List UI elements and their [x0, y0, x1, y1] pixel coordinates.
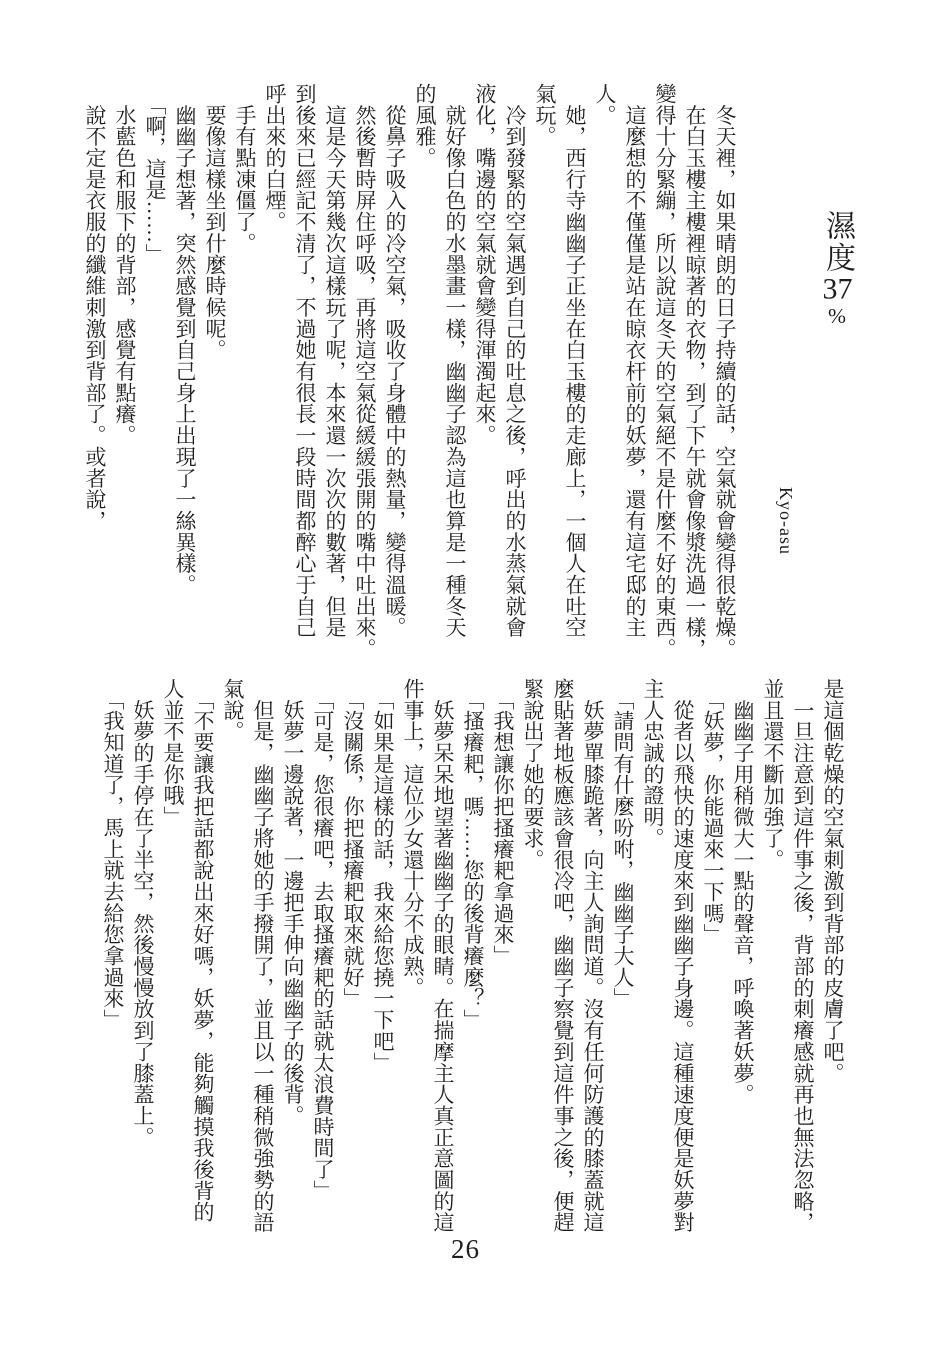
text-column: 麼貼著地板應該會很冷吧，幽幽子察覺到這件事之後，便趕	[548, 678, 578, 1244]
author-credit: Kyo-asu	[773, 487, 799, 555]
text-column: 人。	[590, 83, 620, 669]
text-column: 是這個乾燥的空氣刺激到背部的皮膚了吧。	[818, 678, 848, 1244]
text-column: 幽幽子用稍微大一點的聲音，呼喚著妖夢。	[728, 678, 758, 1244]
text-column: 這是今天第幾次這樣玩了呢，本來還一次次的數著，但是	[320, 83, 350, 669]
text-column: 要像這樣坐到什麼時候呢。	[200, 83, 230, 669]
text-column: 「可是，您很癢吧，去取搔癢耙的話就太浪費時間了」	[308, 678, 338, 1244]
text-column: 從者以飛快的速度來到幽幽子身邊。這種速度便是妖夢對	[668, 678, 698, 1244]
text-column: 妖夢呆呆地望著幽幽子的眼睛。在揣摩主人真正意圖的這	[428, 678, 458, 1244]
text-column: 液化，嘴邊的空氣就會變得渾濁起來。	[470, 83, 500, 669]
text-column: 冬天裡，如果晴朗的日子持續的話，空氣就會變得很乾燥。	[710, 83, 740, 669]
text-column: 「妖夢，你能過來一下嗎」	[698, 678, 728, 1244]
text-column: 手有點凍僵了。	[230, 83, 260, 669]
body-text-top-block: 冬天裡，如果晴朗的日子持續的話，空氣就會變得很乾燥。 在白玉樓主樓裡晾著的衣物，…	[80, 83, 740, 669]
body-text-bottom-block: 是這個乾燥的空氣刺激到背部的皮膚了吧。 一旦注意到這件事之後，背部的刺癢感就再也…	[98, 678, 848, 1244]
text-column: 妖夢單膝跪著，向主人詢問道。沒有任何防護的膝蓋就這	[578, 678, 608, 1244]
text-column: 就好像白色的水墨畫一樣，幽幽子認為這也算是一種冬天	[440, 83, 470, 669]
text-column: 妖夢的手停在了半空，然後慢慢放到了膝蓋上。	[128, 678, 158, 1244]
percent-sign: %	[825, 304, 849, 330]
text-column: 幽幽子想著，突然感覺到自己身上出現了一絲異樣。	[170, 83, 200, 669]
text-column: 並且還不斷加強了。	[758, 678, 788, 1244]
text-column: 呼出來的白煙。	[260, 83, 290, 669]
text-column: 在白玉樓主樓裡晾著的衣物，到了下午就會像漿洗過一樣，	[680, 83, 710, 669]
text-column: 從鼻子吸入的冷空氣，吸收了身體中的熱量，變得溫暖。	[380, 83, 410, 669]
text-column: 「啊，這是……」	[140, 83, 170, 669]
text-column: 一旦注意到這件事之後，背部的刺癢感就再也無法忽略，	[788, 678, 818, 1244]
text-column: 妖夢一邊說著，一邊把手伸向幽幽子的後背。	[278, 678, 308, 1244]
text-column: 主人忠誠的證明。	[638, 678, 668, 1244]
text-column: 「不要讓我把話都說出來好嗎，妖夢，能夠觸摸我後背的	[188, 678, 218, 1244]
text-column: 這麼想的不僅僅是站在晾衣杆前的妖夢，還有這宅邸的主	[620, 83, 650, 669]
text-column: 冷到發緊的空氣遇到自己的吐息之後，呼出的水蒸氣就會	[500, 83, 530, 669]
text-column: 件事上，這位少女還十分不成熟。	[398, 678, 428, 1244]
text-column: 「搔癢耙，嗎……您的後背癢麼？」	[458, 678, 488, 1244]
text-column: 她，西行寺幽幽子正坐在白玉樓的走廊上，一個人在吐空	[560, 83, 590, 669]
text-column: 到後來已經記不清了，不過她有很長一段時間都醉心于自己	[290, 83, 320, 669]
doujin-novel-page: 濕度37% Kyo-asu 冬天裡，如果晴朗的日子持續的話，空氣就會變得很乾燥。…	[0, 0, 931, 1359]
text-column: 但是，幽幽子將她的手撥開了，並且以一種稍微強勢的語	[248, 678, 278, 1244]
text-column: 緊說出了她的要求。	[518, 678, 548, 1244]
page-number: 26	[0, 1234, 931, 1265]
story-title-text: 濕度	[821, 210, 854, 274]
text-column: 水藍色和服下的背部，感覺有點癢。	[110, 83, 140, 669]
text-column: 人並不是你哦」	[158, 678, 188, 1244]
text-column: 氣玩。	[530, 83, 560, 669]
text-column: 「我知道了，馬上就去給您拿過來」	[98, 678, 128, 1244]
text-column: 「我想讓你把搔癢耙拿過來」	[488, 678, 518, 1244]
text-column: 氣說。	[218, 678, 248, 1244]
text-column: 「如果是這樣的話，我來給您撓一下吧」	[368, 678, 398, 1244]
story-title: 濕度37%	[819, 210, 855, 330]
text-column: 「請問有什麼吩咐，幽幽子大人」	[608, 678, 638, 1244]
text-column: 然後暫時屏住呼吸，再將這空氣從緩緩張開的嘴中吐出來。	[350, 83, 380, 669]
text-column: 的風雅。	[410, 83, 440, 669]
text-column: 變得十分緊繃，所以說這冬天的空氣絕不是什麼不好的東西。	[650, 83, 680, 669]
text-column: 說不定是衣服的纖維刺激到背部了。或者說，	[80, 83, 110, 669]
text-column: 「沒關係，你把搔癢耙取來就好」	[338, 678, 368, 1244]
story-title-number: 37	[821, 274, 854, 304]
